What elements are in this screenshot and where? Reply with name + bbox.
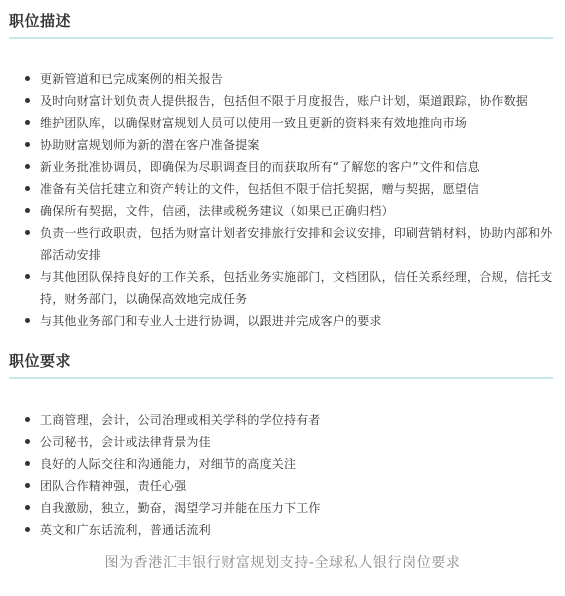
bullet-icon — [25, 417, 30, 422]
list-item: 及时向财富计划负责人提供报告，包括但不限于月度报告，账户计划，渠道跟踪，协作数据 — [0, 90, 565, 112]
bullet-icon — [25, 483, 30, 488]
list-item: 自我激励，独立，勤奋，渴望学习并能在压力下工作 — [0, 497, 565, 519]
section-divider — [9, 377, 553, 379]
list-item: 工商管理，会计，公司治理或相关学科的学位持有者 — [0, 409, 565, 431]
job-requirements-list: 工商管理，会计，公司治理或相关学科的学位持有者 公司秘书，会计或法律背景为佳 良… — [0, 409, 565, 541]
list-item: 团队合作精神强，责任心强 — [0, 475, 565, 497]
list-item: 协助财富规划师为新的潜在客户准备提案 — [0, 134, 565, 156]
bullet-icon — [25, 230, 30, 235]
bullet-icon — [25, 164, 30, 169]
list-item: 与其他团队保持良好的工作关系，包括业务实施部门，文档团队，信任关系经理，合规，信… — [0, 266, 565, 310]
bullet-icon — [25, 505, 30, 510]
list-item: 维护团队库，以确保财富规划人员可以使用一致且更新的资料来有效地推向市场 — [0, 112, 565, 134]
bullet-icon — [25, 439, 30, 444]
list-item: 公司秘书，会计或法律背景为佳 — [0, 431, 565, 453]
list-item: 准备有关信托建立和资产转让的文件，包括但不限于信托契据，赠与契据，愿望信 — [0, 178, 565, 200]
job-description-list: 更新管道和已完成案例的相关报告 及时向财富计划负责人提供报告，包括但不限于月度报… — [0, 68, 565, 332]
list-item: 与其他业务部门和专业人士进行协调，以跟进并完成客户的要求 — [0, 310, 565, 332]
bullet-icon — [25, 527, 30, 532]
list-item: 良好的人际交往和沟通能力，对细节的高度关注 — [0, 453, 565, 475]
list-item: 确保所有契据，文件，信函，法律或税务建议（如果已正确归档） — [0, 200, 565, 222]
bullet-icon — [25, 208, 30, 213]
bullet-icon — [25, 76, 30, 81]
section-title-job-requirements: 职位要求 — [9, 351, 71, 371]
bullet-icon — [25, 186, 30, 191]
bullet-icon — [25, 98, 30, 103]
list-item: 负责一些行政职责，包括为财富计划者安排旅行安排和会议安排，印刷营销材料，协助内部… — [0, 222, 565, 266]
bullet-icon — [25, 120, 30, 125]
bullet-icon — [25, 461, 30, 466]
section-title-job-description: 职位描述 — [9, 11, 71, 31]
bullet-icon — [25, 142, 30, 147]
list-item: 英文和广东话流利，普通话流利 — [0, 519, 565, 541]
list-item: 更新管道和已完成案例的相关报告 — [0, 68, 565, 90]
image-caption: 图为香港汇丰银行财富规划支持-全球私人银行岗位要求 — [0, 553, 565, 573]
section-divider — [9, 37, 553, 39]
bullet-icon — [25, 274, 30, 279]
bullet-icon — [25, 318, 30, 323]
list-item: 新业务批准协调员，即确保为尽职调查目的而获取所有“了解您的客户”文件和信息 — [0, 156, 565, 178]
